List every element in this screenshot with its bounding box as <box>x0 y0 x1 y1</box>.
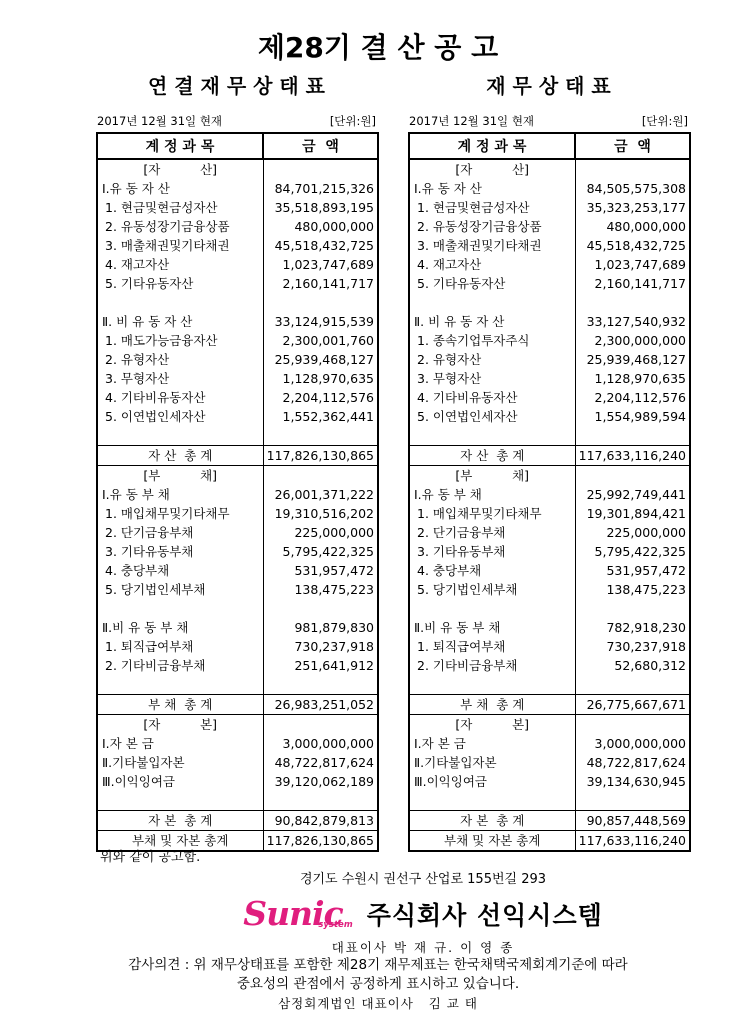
table-row <box>97 599 378 618</box>
amount-cell: 981,879,830 <box>263 618 378 637</box>
account-cell: 3. 무형자산 <box>409 369 575 388</box>
amount-cell: 35,323,253,177 <box>575 198 690 217</box>
amount-cell: 138,475,223 <box>263 580 378 599</box>
table-row: 5. 이연법인세자산1,554,989,594 <box>409 407 690 426</box>
account-cell: 자 산 총 계 <box>409 446 575 466</box>
table-row: 4. 재고자산1,023,747,689 <box>97 255 378 274</box>
amount-cell: 39,120,062,189 <box>263 772 378 791</box>
table-row: [부 채] <box>409 466 690 486</box>
amount-cell <box>263 715 378 735</box>
account-cell: 1. 현금및현금성자산 <box>409 198 575 217</box>
amount-cell: 730,237,918 <box>575 637 690 656</box>
account-cell: 5. 이연법인세자산 <box>97 407 263 426</box>
amount-cell: 1,552,362,441 <box>263 407 378 426</box>
account-cell: Ⅱ.기타불입자본 <box>97 753 263 772</box>
account-cell: 2. 단기금융부채 <box>409 523 575 542</box>
account-cell: 1. 매입채무및기타채무 <box>97 504 263 523</box>
statement-meta: 2017년 12월 31일 현재 [단위:원] <box>408 113 689 129</box>
account-cell <box>409 426 575 446</box>
auditor-line: 삼정회계법인 대표이사 김 교 태 <box>0 994 756 1013</box>
account-cell: 3. 기타유동부채 <box>97 542 263 561</box>
account-cell: 5. 이연법인세자산 <box>409 407 575 426</box>
account-cell: Ⅰ.유 동 자 산 <box>409 179 575 198</box>
table-row: 1. 종속기업투자주식2,300,000,000 <box>409 331 690 350</box>
amount-cell <box>263 159 378 179</box>
company-name: 주식회사 선익시스템 <box>367 896 603 932</box>
account-cell: Ⅰ.유 동 부 채 <box>97 485 263 504</box>
account-cell: 1. 퇴직급여부채 <box>409 637 575 656</box>
table-row: 자 산 총 계117,826,130,865 <box>97 446 378 466</box>
amount-cell: 33,124,915,539 <box>263 312 378 331</box>
table-row: Ⅰ.유 동 자 산84,505,575,308 <box>409 179 690 198</box>
account-cell <box>409 675 575 695</box>
amount-cell: 52,680,312 <box>575 656 690 675</box>
amount-cell: 5,795,422,325 <box>575 542 690 561</box>
account-cell: 2. 유형자산 <box>97 350 263 369</box>
table-row: 3. 기타유동부채5,795,422,325 <box>409 542 690 561</box>
account-cell: 4. 재고자산 <box>97 255 263 274</box>
table-row: 4. 재고자산1,023,747,689 <box>409 255 690 274</box>
account-cell: 2. 기타비금융부채 <box>409 656 575 675</box>
amount-header-cell: 금 액 <box>263 133 378 159</box>
account-cell: 5. 당기법인세부채 <box>97 580 263 599</box>
amount-cell <box>575 293 690 312</box>
account-cell: 3. 매출채권및기타채권 <box>409 236 575 255</box>
account-cell: Ⅱ.비 유 동 부 채 <box>97 618 263 637</box>
amount-cell: 45,518,432,725 <box>575 236 690 255</box>
amount-cell: 1,554,989,594 <box>575 407 690 426</box>
table-row: Ⅰ.유 동 부 채25,992,749,441 <box>409 485 690 504</box>
table-row: Ⅱ. 비 유 동 자 산33,127,540,932 <box>409 312 690 331</box>
account-cell: Ⅲ.이익잉여금 <box>409 772 575 791</box>
statement-subtitle: 재 무 상 태 표 <box>408 70 689 96</box>
amount-header-cell: 금 액 <box>575 133 690 159</box>
amount-cell: 48,722,817,624 <box>575 753 690 772</box>
account-cell <box>97 293 263 312</box>
account-cell: 4. 재고자산 <box>409 255 575 274</box>
audit-opinion-block: 감사의견 : 위 재무상태표를 포함한 제28기 재무제표는 한국채택국제회계기… <box>0 956 756 1013</box>
balance-table: 계 정 과 목 금 액 [자 산] Ⅰ.유 동 자 산84,505,575,30… <box>408 132 691 852</box>
table-row: 5. 기타유동자산2,160,141,717 <box>97 274 378 293</box>
amount-cell: 782,918,230 <box>575 618 690 637</box>
account-cell: 2. 유형자산 <box>409 350 575 369</box>
company-row: Sunic system 주식회사 선익시스템 <box>140 894 706 933</box>
table-row: 부 채 총 계26,775,667,671 <box>409 695 690 715</box>
account-cell: 자 본 총 계 <box>97 811 263 831</box>
amount-cell: 3,000,000,000 <box>263 734 378 753</box>
account-cell: Ⅰ.자 본 금 <box>97 734 263 753</box>
account-cell: Ⅱ.비 유 동 부 채 <box>409 618 575 637</box>
audit-opinion-line2: 중요성의 관점에서 공정하게 표시하고 있습니다. <box>0 975 756 994</box>
table-row: Ⅱ.기타불입자본48,722,817,624 <box>409 753 690 772</box>
table-row: 2. 유형자산25,939,468,127 <box>97 350 378 369</box>
account-cell: [부 채] <box>97 466 263 486</box>
announcement-page: 제28기 결 산 공 고 연 결 재 무 상 태 표 2017년 12월 31일… <box>0 0 756 1025</box>
account-cell <box>97 599 263 618</box>
account-cell: 1. 퇴직급여부채 <box>97 637 263 656</box>
account-cell: 자 본 총 계 <box>409 811 575 831</box>
amount-cell: 480,000,000 <box>263 217 378 236</box>
separate-statement: 재 무 상 태 표 2017년 12월 31일 현재 [단위:원] 계 정 과 … <box>408 70 689 852</box>
account-cell: 2. 기타비금융부채 <box>97 656 263 675</box>
amount-cell: 19,310,516,202 <box>263 504 378 523</box>
account-cell <box>97 791 263 811</box>
amount-cell: 117,633,116,240 <box>575 446 690 466</box>
amount-cell <box>575 159 690 179</box>
amount-cell: 45,518,432,725 <box>263 236 378 255</box>
table-row: 1. 매도가능금융자산2,300,001,760 <box>97 331 378 350</box>
table-row: 자 본 총 계90,857,448,569 <box>409 811 690 831</box>
table-row: 5. 이연법인세자산1,552,362,441 <box>97 407 378 426</box>
page-title: 제28기 결 산 공 고 <box>0 26 756 66</box>
table-row: [자 산] <box>97 159 378 179</box>
table-row <box>409 599 690 618</box>
account-cell: 4. 기타비유동자산 <box>409 388 575 407</box>
statement-subtitle: 연 결 재 무 상 태 표 <box>96 70 377 96</box>
table-row: 1. 매입채무및기타채무19,310,516,202 <box>97 504 378 523</box>
amount-cell: 1,128,970,635 <box>575 369 690 388</box>
account-cell <box>409 599 575 618</box>
amount-cell: 25,939,468,127 <box>263 350 378 369</box>
amount-cell <box>263 466 378 486</box>
table-row: Ⅱ.비 유 동 부 채981,879,830 <box>97 618 378 637</box>
amount-cell: 117,633,116,240 <box>575 831 690 852</box>
table-row: 부 채 총 계26,983,251,052 <box>97 695 378 715</box>
amount-cell: 117,826,130,865 <box>263 446 378 466</box>
statement-date: 2017년 12월 31일 현재 <box>97 113 222 129</box>
amount-cell: 5,795,422,325 <box>263 542 378 561</box>
account-cell: 자 산 총 계 <box>97 446 263 466</box>
table-row: Ⅱ. 비 유 동 자 산33,124,915,539 <box>97 312 378 331</box>
table-row <box>97 791 378 811</box>
sunic-logo-subtext: system <box>318 920 352 930</box>
account-cell: 4. 충당부채 <box>409 561 575 580</box>
table-row: Ⅰ.유 동 부 채26,001,371,222 <box>97 485 378 504</box>
amount-cell: 25,992,749,441 <box>575 485 690 504</box>
amount-cell <box>575 426 690 446</box>
consolidated-statement: 연 결 재 무 상 태 표 2017년 12월 31일 현재 [단위:원] 계 … <box>96 70 377 852</box>
table-row: 2. 유형자산25,939,468,127 <box>409 350 690 369</box>
account-cell: 1. 종속기업투자주식 <box>409 331 575 350</box>
table-row: 4. 충당부채531,957,472 <box>409 561 690 580</box>
company-block: 경기도 수원시 권선구 산업로 155번길 293 Sunic system 주… <box>140 868 706 956</box>
account-cell: Ⅱ. 비 유 동 자 산 <box>409 312 575 331</box>
table-row: 3. 기타유동부채5,795,422,325 <box>97 542 378 561</box>
table-row: 1. 현금및현금성자산35,323,253,177 <box>409 198 690 217</box>
table-row: Ⅲ.이익잉여금39,120,062,189 <box>97 772 378 791</box>
amount-cell <box>263 675 378 695</box>
account-cell: 부 채 총 계 <box>97 695 263 715</box>
account-cell: 3. 무형자산 <box>97 369 263 388</box>
table-row: 1. 퇴직급여부채730,237,918 <box>97 637 378 656</box>
amount-cell: 117,826,130,865 <box>263 831 378 852</box>
sunic-logo: Sunic system <box>243 894 352 933</box>
amount-cell: 90,857,448,569 <box>575 811 690 831</box>
amount-cell: 2,300,001,760 <box>263 331 378 350</box>
account-cell: [부 채] <box>409 466 575 486</box>
account-cell: Ⅰ.유 동 자 산 <box>97 179 263 198</box>
amount-cell <box>575 466 690 486</box>
unit-label: [단위:원] <box>330 113 376 129</box>
account-cell: 부채 및 자본 총계 <box>409 831 575 852</box>
amount-cell: 90,842,879,813 <box>263 811 378 831</box>
table-row: 자 본 총 계90,842,879,813 <box>97 811 378 831</box>
table-row: 3. 매출채권및기타채권45,518,432,725 <box>409 236 690 255</box>
table-row: 1. 매입채무및기타채무19,301,894,421 <box>409 504 690 523</box>
amount-cell: 3,000,000,000 <box>575 734 690 753</box>
table-row <box>409 791 690 811</box>
account-cell: [자 본] <box>97 715 263 735</box>
amount-cell: 25,939,468,127 <box>575 350 690 369</box>
table-row: 2. 기타비금융부채251,641,912 <box>97 656 378 675</box>
table-row: 5. 당기법인세부채138,475,223 <box>97 580 378 599</box>
table-row: 2. 단기금융부채225,000,000 <box>409 523 690 542</box>
amount-cell <box>575 675 690 695</box>
account-header-cell: 계 정 과 목 <box>409 133 575 159</box>
table-row <box>97 293 378 312</box>
table-row: [자 본] <box>97 715 378 735</box>
account-cell: Ⅰ.유 동 부 채 <box>409 485 575 504</box>
table-row: 3. 무형자산1,128,970,635 <box>97 369 378 388</box>
account-cell: 5. 기타유동자산 <box>409 274 575 293</box>
amount-cell: 26,983,251,052 <box>263 695 378 715</box>
amount-cell: 39,134,630,945 <box>575 772 690 791</box>
amount-cell <box>263 426 378 446</box>
table-row: Ⅰ.자 본 금3,000,000,000 <box>409 734 690 753</box>
amount-cell: 2,160,141,717 <box>575 274 690 293</box>
table-row: 3. 무형자산1,128,970,635 <box>409 369 690 388</box>
account-cell: 2. 유동성장기금융상품 <box>409 217 575 236</box>
account-cell: 3. 매출채권및기타채권 <box>97 236 263 255</box>
amount-cell: 2,300,000,000 <box>575 331 690 350</box>
amount-cell <box>263 599 378 618</box>
account-cell: 1. 현금및현금성자산 <box>97 198 263 217</box>
header-row: 계 정 과 목 금 액 <box>409 133 690 159</box>
table-row: [부 채] <box>97 466 378 486</box>
account-header-cell: 계 정 과 목 <box>97 133 263 159</box>
table-row: Ⅰ.자 본 금3,000,000,000 <box>97 734 378 753</box>
amount-cell <box>575 599 690 618</box>
company-address: 경기도 수원시 권선구 산업로 155번길 293 <box>140 868 706 887</box>
amount-cell <box>575 715 690 735</box>
table-row <box>409 426 690 446</box>
notice-text: 위와 같이 공고함. <box>100 846 200 865</box>
table-row: 2. 유동성장기금융상품480,000,000 <box>409 217 690 236</box>
table-row: 4. 기타비유동자산2,204,112,576 <box>409 388 690 407</box>
amount-cell: 225,000,000 <box>263 523 378 542</box>
account-cell <box>409 791 575 811</box>
account-cell: 4. 기타비유동자산 <box>97 388 263 407</box>
amount-cell: 26,775,667,671 <box>575 695 690 715</box>
account-cell: Ⅰ.자 본 금 <box>409 734 575 753</box>
table-row: 자 산 총 계117,633,116,240 <box>409 446 690 466</box>
table-row <box>97 675 378 695</box>
statement-meta: 2017년 12월 31일 현재 [단위:원] <box>96 113 377 129</box>
account-cell: [자 산] <box>409 159 575 179</box>
table-row: 5. 기타유동자산2,160,141,717 <box>409 274 690 293</box>
amount-cell: 84,701,215,326 <box>263 179 378 198</box>
account-cell: Ⅱ. 비 유 동 자 산 <box>97 312 263 331</box>
account-cell <box>409 293 575 312</box>
table-row <box>97 426 378 446</box>
account-cell: 2. 유동성장기금융상품 <box>97 217 263 236</box>
table-row: 2. 기타비금융부채52,680,312 <box>409 656 690 675</box>
header-row: 계 정 과 목 금 액 <box>97 133 378 159</box>
unit-label: [단위:원] <box>642 113 688 129</box>
table-row: 2. 유동성장기금융상품480,000,000 <box>97 217 378 236</box>
table-row: Ⅲ.이익잉여금39,134,630,945 <box>409 772 690 791</box>
ceo-line: 대표이사 박 재 규. 이 영 종 <box>140 938 706 956</box>
table-row <box>409 675 690 695</box>
account-cell: 4. 충당부채 <box>97 561 263 580</box>
table-row: [자 본] <box>409 715 690 735</box>
amount-cell: 251,641,912 <box>263 656 378 675</box>
amount-cell: 531,957,472 <box>263 561 378 580</box>
table-row: 부채 및 자본 총계117,633,116,240 <box>409 831 690 852</box>
account-cell: [자 산] <box>97 159 263 179</box>
amount-cell: 33,127,540,932 <box>575 312 690 331</box>
account-cell: Ⅲ.이익잉여금 <box>97 772 263 791</box>
table-row: 5. 당기법인세부채138,475,223 <box>409 580 690 599</box>
amount-cell: 480,000,000 <box>575 217 690 236</box>
table-row: 4. 충당부채531,957,472 <box>97 561 378 580</box>
table-row: [자 산] <box>409 159 690 179</box>
account-cell <box>97 675 263 695</box>
table-row: Ⅱ.비 유 동 부 채782,918,230 <box>409 618 690 637</box>
amount-cell: 26,001,371,222 <box>263 485 378 504</box>
account-cell: Ⅱ.기타불입자본 <box>409 753 575 772</box>
amount-cell: 225,000,000 <box>575 523 690 542</box>
account-cell: 부 채 총 계 <box>409 695 575 715</box>
amount-cell: 2,204,112,576 <box>575 388 690 407</box>
table-row: Ⅱ.기타불입자본48,722,817,624 <box>97 753 378 772</box>
table-row: 1. 퇴직급여부채730,237,918 <box>409 637 690 656</box>
amount-cell: 138,475,223 <box>575 580 690 599</box>
table-row: 2. 단기금융부채225,000,000 <box>97 523 378 542</box>
amount-cell: 1,023,747,689 <box>263 255 378 274</box>
account-cell: 5. 기타유동자산 <box>97 274 263 293</box>
amount-cell <box>263 791 378 811</box>
amount-cell <box>575 791 690 811</box>
amount-cell: 1,128,970,635 <box>263 369 378 388</box>
balance-table: 계 정 과 목 금 액 [자 산] Ⅰ.유 동 자 산84,701,215,32… <box>96 132 379 852</box>
audit-opinion-line1: 감사의견 : 위 재무상태표를 포함한 제28기 재무제표는 한국채택국제회계기… <box>0 956 756 975</box>
account-cell: 1. 매도가능금융자산 <box>97 331 263 350</box>
amount-cell: 19,301,894,421 <box>575 504 690 523</box>
statement-date: 2017년 12월 31일 현재 <box>409 113 534 129</box>
amount-cell: 48,722,817,624 <box>263 753 378 772</box>
table-row: 4. 기타비유동자산2,204,112,576 <box>97 388 378 407</box>
table-row <box>409 293 690 312</box>
account-cell: 1. 매입채무및기타채무 <box>409 504 575 523</box>
amount-cell: 2,160,141,717 <box>263 274 378 293</box>
table-row: 3. 매출채권및기타채권45,518,432,725 <box>97 236 378 255</box>
amount-cell: 1,023,747,689 <box>575 255 690 274</box>
amount-cell: 531,957,472 <box>575 561 690 580</box>
account-cell: 2. 단기금융부채 <box>97 523 263 542</box>
account-cell: 5. 당기법인세부채 <box>409 580 575 599</box>
table-row: Ⅰ.유 동 자 산84,701,215,326 <box>97 179 378 198</box>
amount-cell: 2,204,112,576 <box>263 388 378 407</box>
amount-cell: 730,237,918 <box>263 637 378 656</box>
account-cell: [자 본] <box>409 715 575 735</box>
amount-cell: 35,518,893,195 <box>263 198 378 217</box>
table-row: 1. 현금및현금성자산35,518,893,195 <box>97 198 378 217</box>
account-cell <box>97 426 263 446</box>
account-cell: 3. 기타유동부채 <box>409 542 575 561</box>
amount-cell <box>263 293 378 312</box>
amount-cell: 84,505,575,308 <box>575 179 690 198</box>
